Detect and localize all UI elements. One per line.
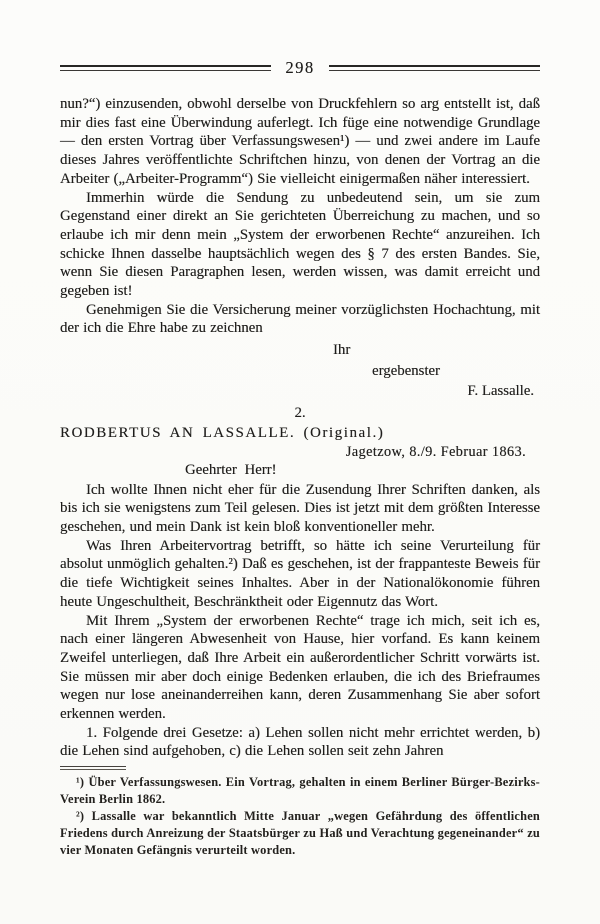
section-number: 2. bbox=[60, 404, 540, 422]
footnotes-block: ¹) Über Verfassungswesen. Ein Vortrag, g… bbox=[60, 766, 540, 859]
header-rule-left bbox=[60, 65, 271, 71]
salutation: Geehrter Herr! bbox=[185, 461, 540, 481]
letter2-paragraph-2: Was Ihren Arbeitervortrag betrifft, so h… bbox=[60, 537, 540, 612]
header-rule-right bbox=[329, 65, 540, 71]
footnote-2: ²) Lassalle war bekanntlich Mitte Januar… bbox=[60, 808, 540, 859]
letter1-paragraph-3: Genehmigen Sie die Versicherung meiner v… bbox=[60, 301, 540, 338]
letter-lassalle-end: nun?“) einzusenden, obwohl derselbe von … bbox=[60, 95, 540, 402]
footnote-separator-rule bbox=[60, 766, 126, 770]
letter2-paragraph-1: Ich wollte Ihnen nicht eher für die Zuse… bbox=[60, 481, 540, 537]
letter1-closing-block: Ihr ergebenster F. Lassalle. bbox=[60, 340, 540, 402]
footnote-1: ¹) Über Verfassungswesen. Ein Vortrag, g… bbox=[60, 774, 540, 808]
dateline: Jagetzow, 8./9. Februar 1863. bbox=[60, 443, 540, 462]
closing-word-ergebenster: ergebenster bbox=[372, 361, 540, 382]
page-number: 298 bbox=[271, 58, 328, 78]
running-head: 298 bbox=[60, 58, 540, 78]
letter-rodbertus: 2. RODBERTUS AN LASSALLE. (Original.) Ja… bbox=[60, 404, 540, 762]
page-body: nun?“) einzusenden, obwohl derselbe von … bbox=[60, 95, 540, 859]
letter1-paragraph-1: nun?“) einzusenden, obwohl derselbe von … bbox=[60, 95, 540, 189]
scanned-book-page: 298 nun?“) einzusenden, obwohl derselbe … bbox=[0, 0, 600, 924]
signature-f-lassalle: F. Lassalle. bbox=[60, 381, 540, 402]
letter2-paragraph-3: Mit Ihrem „System der erworbenen Rechte“… bbox=[60, 612, 540, 724]
letter2-paragraph-4: 1. Folgende drei Gesetze: a) Lehen solle… bbox=[60, 724, 540, 761]
closing-word-ihr: Ihr bbox=[333, 340, 540, 361]
letter1-paragraph-2: Immerhin würde die Sendung zu unbedeuten… bbox=[60, 189, 540, 301]
section-heading: RODBERTUS AN LASSALLE. (Original.) bbox=[60, 423, 540, 443]
